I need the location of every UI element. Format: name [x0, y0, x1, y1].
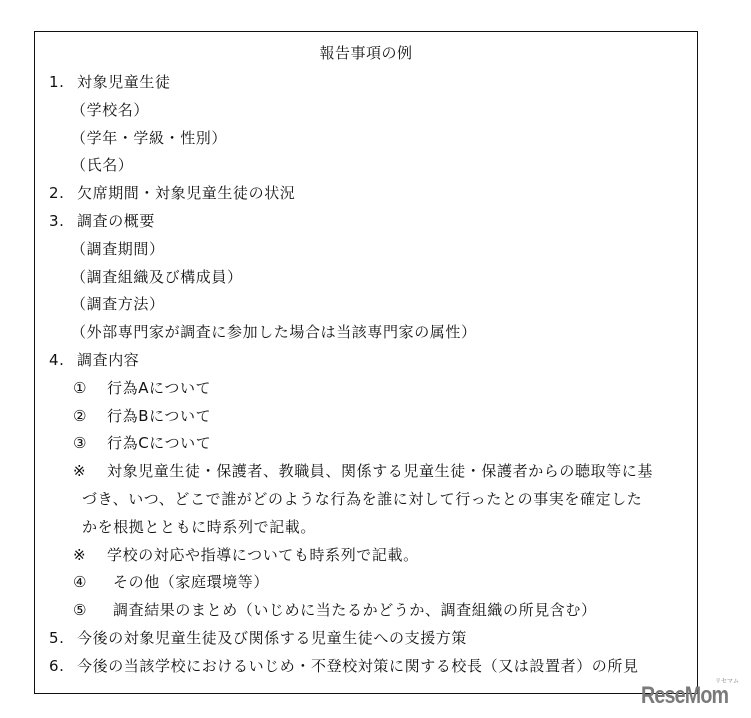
list-item: ⑤調査結果のまとめ（いじめに当たるかどうか、調査組織の所見含む） [35, 597, 697, 625]
item-marker: ④ [73, 569, 113, 597]
list-item: 6.今後の当該学校におけるいじめ・不登校対策に関する校長（又は設置者）の所見 [35, 653, 697, 681]
list-item: ①行為Aについて [35, 375, 697, 403]
section-number: 2. [35, 180, 77, 208]
list-item: （氏名） [35, 152, 697, 180]
list-item: （調査組織及び構成員） [35, 264, 697, 292]
list-item: 1.対象児童生徒 [35, 69, 697, 97]
item-text: 学校の対応や指導についても時系列で記載。 [107, 546, 419, 564]
report-items-box: 報告事項の例 1.対象児童生徒（学校名）（学年・学級・性別）（氏名）2.欠席期間… [34, 31, 698, 694]
item-marker: ② [73, 403, 107, 431]
item-marker: ③ [73, 430, 107, 458]
item-text: 調査内容 [77, 351, 139, 369]
item-text: 今後の当該学校におけるいじめ・不登校対策に関する校長（又は設置者）の所見 [77, 657, 639, 675]
item-text: （学年・学級・性別） [71, 129, 227, 147]
item-text: 調査の概要 [77, 212, 155, 230]
list-item: （学年・学級・性別） [35, 125, 697, 153]
item-text: （氏名） [71, 156, 133, 174]
item-text: 行為Cについて [107, 434, 211, 452]
item-text: その他（家庭環境等） [113, 573, 269, 591]
item-text: づき、いつ、どこで誰がどのような行為を誰に対して行ったとの事実を確定した [82, 490, 642, 508]
resemom-logo: ReseMom [641, 683, 728, 709]
list-item: （学校名） [35, 97, 697, 125]
item-text: かを根拠とともに時系列で記載。 [82, 518, 316, 536]
resemom-logo-ruby: リセマム [715, 676, 739, 685]
item-text: 欠席期間・対象児童生徒の状況 [77, 184, 295, 202]
item-marker: ※ [73, 542, 107, 570]
item-text: （外部専門家が調査に参加した場合は当該専門家の属性） [71, 323, 477, 341]
list-item: づき、いつ、どこで誰がどのような行為を誰に対して行ったとの事実を確定した [35, 486, 697, 514]
list-item: （調査方法） [35, 291, 697, 319]
list-item: 2.欠席期間・対象児童生徒の状況 [35, 180, 697, 208]
list-item: 5.今後の対象児童生徒及び関係する児童生徒への支援方策 [35, 625, 697, 653]
report-items-list: 1.対象児童生徒（学校名）（学年・学級・性別）（氏名）2.欠席期間・対象児童生徒… [35, 69, 697, 681]
list-item: 4.調査内容 [35, 347, 697, 375]
list-item: 3.調査の概要 [35, 208, 697, 236]
list-item: ③行為Cについて [35, 430, 697, 458]
item-text: （調査方法） [71, 295, 165, 313]
document-title: 報告事項の例 [35, 42, 697, 64]
item-text: 対象児童生徒・保護者、教職員、関係する児童生徒・保護者からの聴取等に基 [107, 462, 653, 480]
item-text: 今後の対象児童生徒及び関係する児童生徒への支援方策 [77, 629, 467, 647]
section-number: 6. [35, 653, 77, 681]
item-text: （調査組織及び構成員） [71, 268, 243, 286]
item-marker: ⑤ [73, 597, 113, 625]
list-item: かを根拠とともに時系列で記載。 [35, 514, 697, 542]
list-item: ※対象児童生徒・保護者、教職員、関係する児童生徒・保護者からの聴取等に基 [35, 458, 697, 486]
section-number: 3. [35, 208, 77, 236]
list-item: （調査期間） [35, 236, 697, 264]
section-number: 5. [35, 625, 77, 653]
item-text: 行為Bについて [107, 407, 211, 425]
list-item: ④その他（家庭環境等） [35, 569, 697, 597]
list-item: （外部専門家が調査に参加した場合は当該専門家の属性） [35, 319, 697, 347]
list-item: ※学校の対応や指導についても時系列で記載。 [35, 542, 697, 570]
item-text: （調査期間） [71, 240, 165, 258]
item-text: 調査結果のまとめ（いじめに当たるかどうか、調査組織の所見含む） [113, 601, 597, 619]
item-text: 行為Aについて [107, 379, 211, 397]
item-text: （学校名） [71, 101, 149, 119]
item-text: 対象児童生徒 [77, 73, 171, 91]
section-number: 4. [35, 347, 77, 375]
section-number: 1. [35, 69, 77, 97]
item-marker: ※ [73, 458, 107, 486]
item-marker: ① [73, 375, 107, 403]
list-item: ②行為Bについて [35, 403, 697, 431]
